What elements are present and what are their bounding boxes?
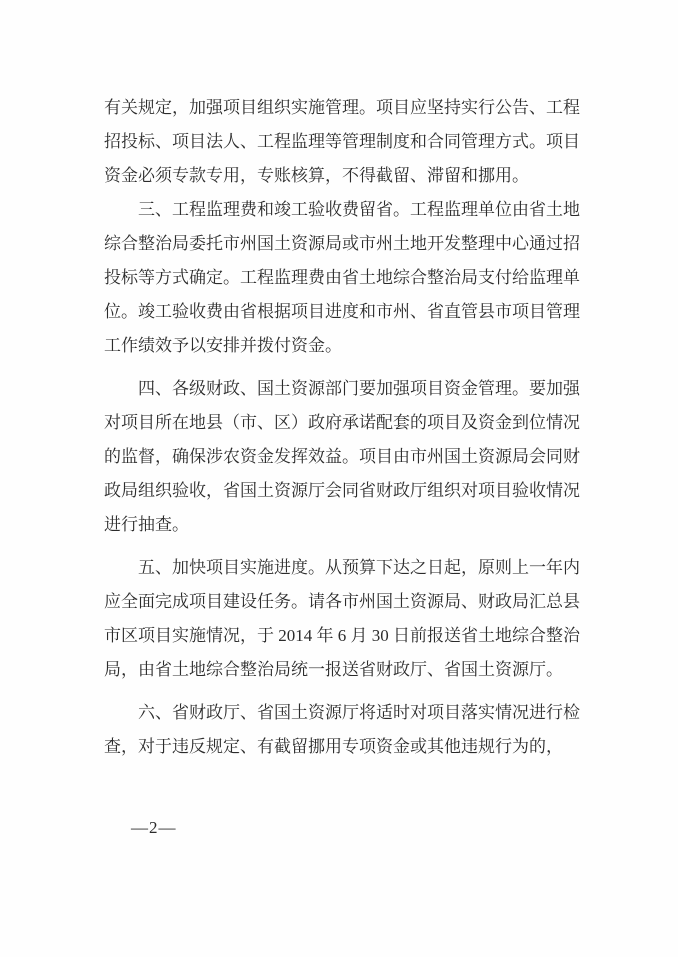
body-paragraph-item-6: 六、省财政厅、省国土资源厅将适时对项目落实情况进行检查，对于违反规定、有截留挪用…: [104, 696, 580, 764]
body-paragraph-continuation: 有关规定，加强项目组织实施管理。项目应坚持实行公告、工程招投标、项目法人、工程监…: [104, 91, 580, 193]
document-page: 有关规定，加强项目组织实施管理。项目应坚持实行公告、工程招投标、项目法人、工程监…: [0, 0, 678, 957]
body-paragraph-item-4: 四、各级财政、国土资源部门要加强项目资金管理。要加强对项目所在地县（市、区）政府…: [104, 372, 580, 542]
body-paragraph-item-5: 五、加快项目实施进度。从预算下达之日起，原则上一年内应全面完成项目建设任务。请各…: [104, 551, 580, 687]
document-body: 有关规定，加强项目组织实施管理。项目应坚持实行公告、工程招投标、项目法人、工程监…: [104, 91, 580, 764]
body-paragraph-item-3: 三、工程监理费和竣工验收费留省。工程监理单位由省土地综合整治局委托市州国土资源局…: [104, 193, 580, 363]
page-number: —2—: [131, 813, 177, 843]
